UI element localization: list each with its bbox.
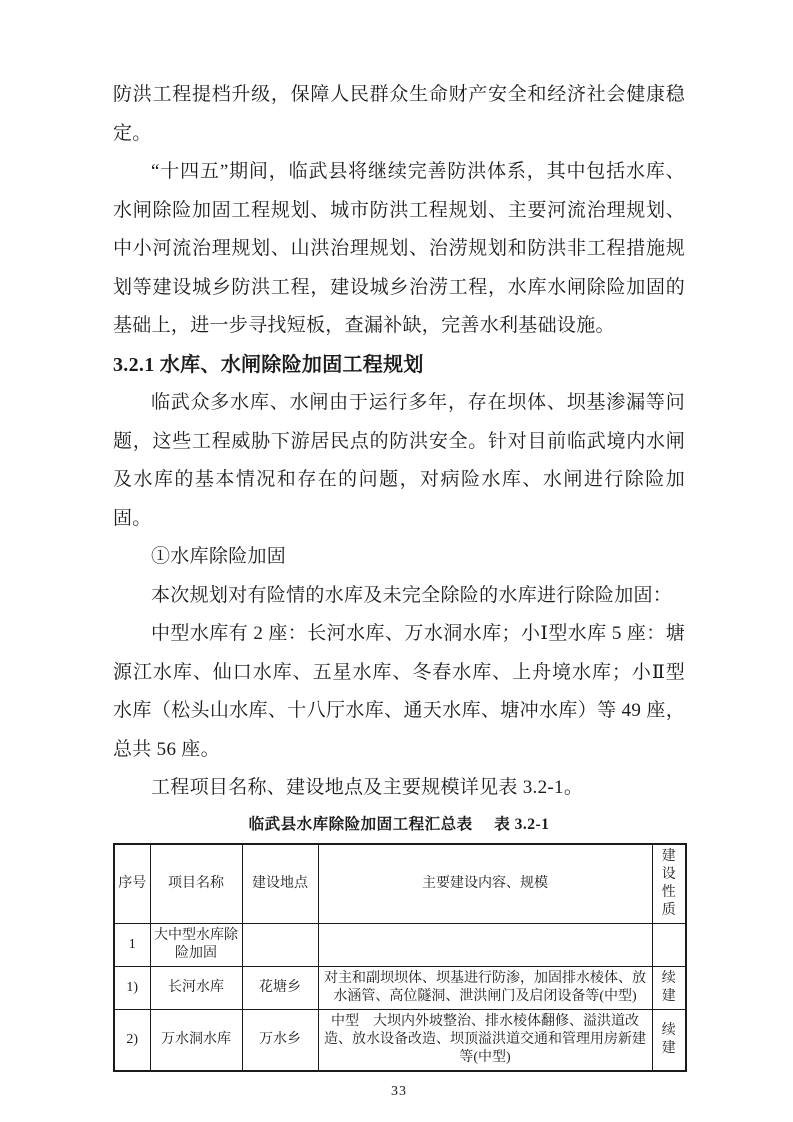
paragraph-continuation: 防洪工程提档升级，保障人民群众生命财产安全和经济社会健康稳定。 (113, 76, 685, 153)
cell-name: 大中型水库除险加固 (150, 923, 242, 966)
header-nature: 建设性质 (652, 844, 686, 924)
cell-content: 对主和副坝坝体、坝基进行防渗，加固排水棱体、放水涵管、高位隧洞、泄洪闸门及启闭设… (318, 966, 652, 1009)
cell-content (318, 923, 652, 966)
cell-nature: 续建 (652, 1009, 686, 1071)
header-no: 序号 (114, 844, 150, 924)
paragraph: 中型水库有 2 座：长河水库、万水洞水库；小Ⅰ型水库 5 座：塘源江水库、仙口水… (113, 615, 685, 769)
cell-no: 2) (114, 1009, 150, 1071)
cell-name: 长河水库 (150, 966, 242, 1009)
reservoir-summary-table: 序号 项目名称 建设地点 主要建设内容、规模 建设性质 1 大中型水库除险加固 … (113, 843, 687, 1072)
cell-nature: 续建 (652, 966, 686, 1009)
table-row: 1 大中型水库除险加固 (114, 923, 686, 966)
table-row: 1) 长河水库 花塘乡 对主和副坝坝体、坝基进行防渗，加固排水棱体、放水涵管、高… (114, 966, 686, 1009)
paragraph: 工程项目名称、建设地点及主要规模详见表 3.2-1。 (113, 769, 685, 808)
header-location: 建设地点 (242, 844, 318, 924)
header-content: 主要建设内容、规模 (318, 844, 652, 924)
cell-location (242, 923, 318, 966)
header-name: 项目名称 (150, 844, 242, 924)
table-title: 临武县水库除险加固工程汇总表表 3.2-1 (113, 814, 685, 836)
table-header-row: 序号 项目名称 建设地点 主要建设内容、规模 建设性质 (114, 844, 686, 924)
paragraph: 本次规划对有险情的水库及未完全除险的水库进行除险加固： (113, 577, 685, 616)
cell-content: 中型 大坝内外坡整治、排水棱体翻修、溢洪道改造、放水设备改造、坝顶溢洪道交通和管… (318, 1009, 652, 1071)
cell-no: 1) (114, 966, 150, 1009)
section-heading: 3.2.1 水库、水闸除险加固工程规划 (113, 346, 685, 385)
table-row: 2) 万水洞水库 万水乡 中型 大坝内外坡整治、排水棱体翻修、溢洪道改造、放水设… (114, 1009, 686, 1071)
cell-name: 万水洞水库 (150, 1009, 242, 1071)
table-title-text: 临武县水库除险加固工程汇总表 (249, 816, 473, 833)
page-number: 33 (113, 1084, 685, 1100)
paragraph: 临武众多水库、水闸由于运行多年，存在坝体、坝基渗漏等问题，这些工程威胁下游居民点… (113, 384, 685, 538)
cell-location: 万水乡 (242, 1009, 318, 1071)
paragraph: “十四五”期间，临武县将继续完善防洪体系，其中包括水库、水闸除险加固工程规划、城… (113, 153, 685, 346)
table-ref-label: 表 3.2-1 (494, 816, 549, 833)
paragraph-list-item: ①水库除险加固 (113, 538, 685, 577)
cell-no: 1 (114, 923, 150, 966)
cell-nature (652, 923, 686, 966)
body-text: 防洪工程提档升级，保障人民群众生命财产安全和经济社会健康稳定。 “十四五”期间，… (113, 76, 685, 808)
document-page: 防洪工程提档升级，保障人民群众生命财产安全和经济社会健康稳定。 “十四五”期间，… (0, 0, 793, 1122)
cell-location: 花塘乡 (242, 966, 318, 1009)
